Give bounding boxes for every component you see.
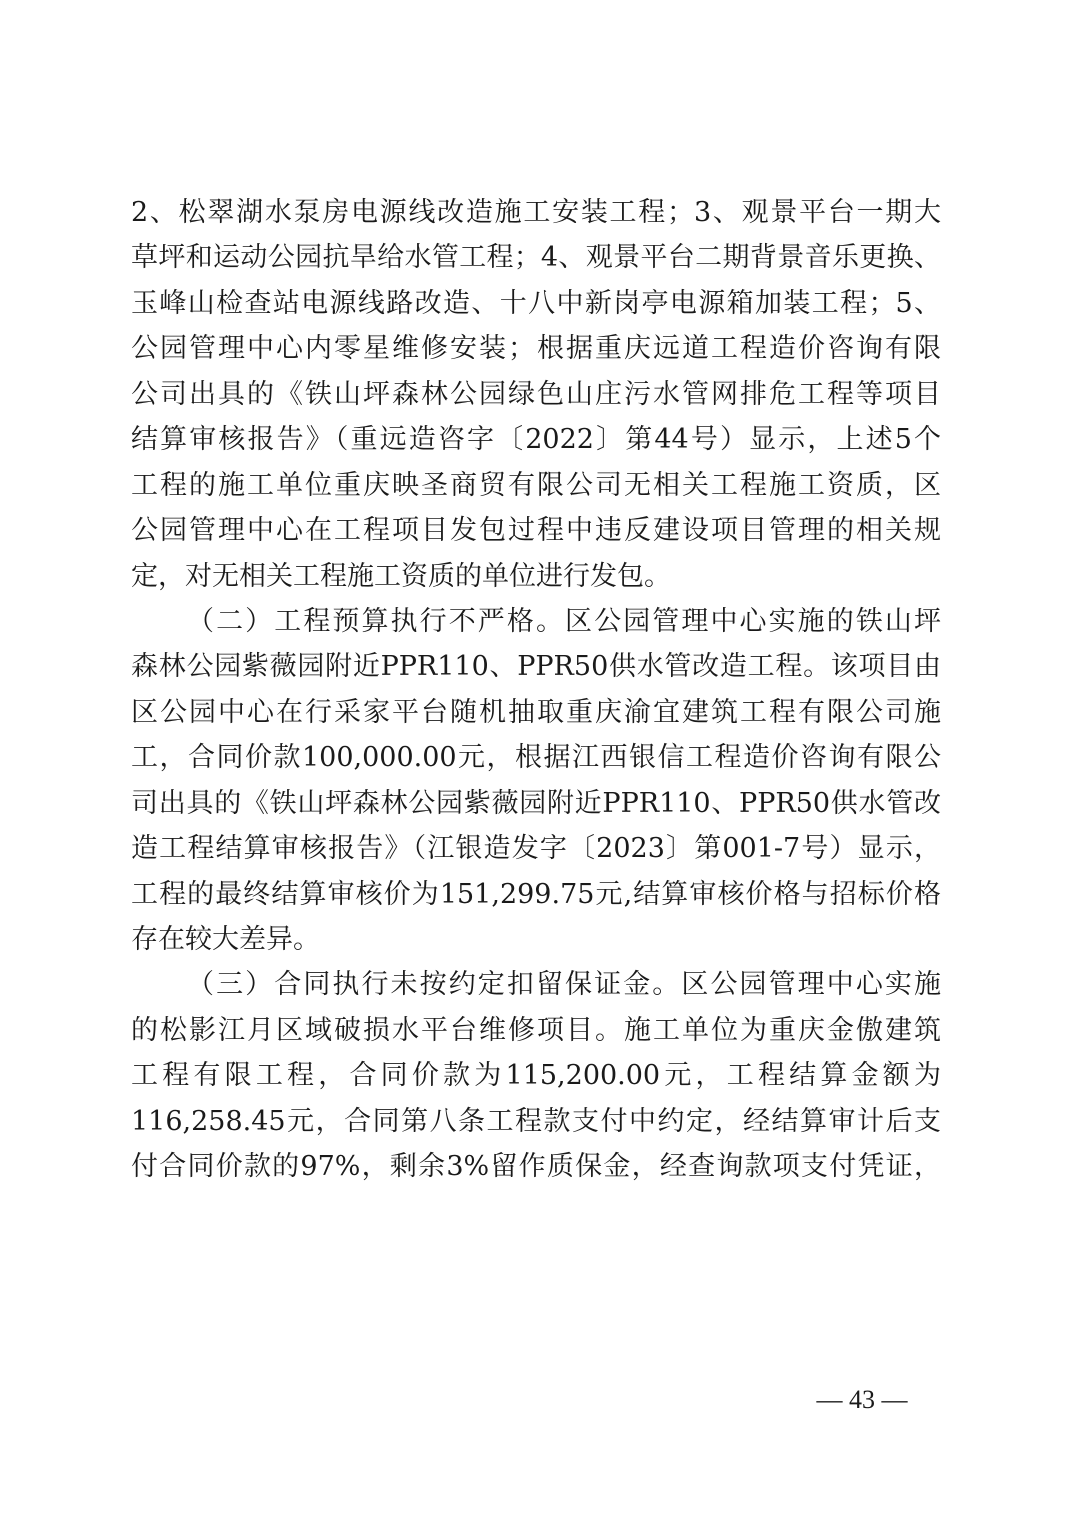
text-line: 玉峰山检查站电源线路改造、十八中新岗亭电源箱加装工程；5、 bbox=[131, 281, 941, 326]
text-line: 森林公园紫薇园附近PPR110、PPR50供水管改造工程。该项目由 bbox=[131, 644, 941, 689]
text-line: 造工程结算审核报告》（江银造发字〔2023〕第001-7号）显示， bbox=[131, 826, 941, 871]
text-line: 付合同价款的97%，剩余3%留作质保金，经查询款项支付凭证， bbox=[131, 1144, 941, 1189]
text-line: 区公园中心在行采家平台随机抽取重庆渝宜建筑工程有限公司施 bbox=[131, 690, 941, 735]
text-line: 工，合同价款100,000.00元，根据江西银信工程造价咨询有限公 bbox=[131, 735, 941, 780]
text-line: 的松影江月区域破损水平台维修项目。施工单位为重庆金傲建筑 bbox=[131, 1008, 941, 1053]
section-heading-line: （三）合同执行未按约定扣留保证金。区公园管理中心实施 bbox=[131, 962, 941, 1007]
text-line: 公园管理中心内零星维修安装；根据重庆远道工程造价咨询有限 bbox=[131, 326, 941, 371]
text-line: 116,258.45元，合同第八条工程款支付中约定，经结算审计后支 bbox=[131, 1099, 941, 1144]
text-line: 公园管理中心在工程项目发包过程中违反建设项目管理的相关规 bbox=[131, 508, 941, 553]
text-line: 草坪和运动公园抗旱给水管工程；4、观景平台二期背景音乐更换、 bbox=[131, 235, 941, 280]
text-line: 存在较大差异。 bbox=[131, 917, 941, 962]
text-line: 结算审核报告》（重远造咨字〔2022〕第44号）显示，上述5个 bbox=[131, 417, 941, 462]
text-line: 工程有限工程，合同价款为115,200.00元，工程结算金额为 bbox=[131, 1053, 941, 1098]
text-line: 公司出具的《铁山坪森林公园绿色山庄污水管网排危工程等项目 bbox=[131, 372, 941, 417]
text-line: 工程的最终结算审核价为151,299.75元,结算审核价格与招标价格 bbox=[131, 872, 941, 917]
section-heading-line: （二）工程预算执行不严格。区公园管理中心实施的铁山坪 bbox=[131, 599, 941, 644]
text-line: 工程的施工单位重庆映圣商贸有限公司无相关工程施工资质，区 bbox=[131, 463, 941, 508]
text-line: 司出具的《铁山坪森林公园紫薇园附近PPR110、PPR50供水管改 bbox=[131, 781, 941, 826]
body-text: 2、松翠湖水泵房电源线改造施工安装工程；3、观景平台一期大 草坪和运动公园抗旱给… bbox=[131, 190, 941, 1190]
document-page: 2、松翠湖水泵房电源线改造施工安装工程；3、观景平台一期大 草坪和运动公园抗旱给… bbox=[0, 0, 1074, 1520]
text-line: 定，对无相关工程施工资质的单位进行发包。 bbox=[131, 554, 941, 599]
page-number: — 43 — bbox=[808, 1384, 916, 1416]
text-line: 2、松翠湖水泵房电源线改造施工安装工程；3、观景平台一期大 bbox=[131, 190, 941, 235]
